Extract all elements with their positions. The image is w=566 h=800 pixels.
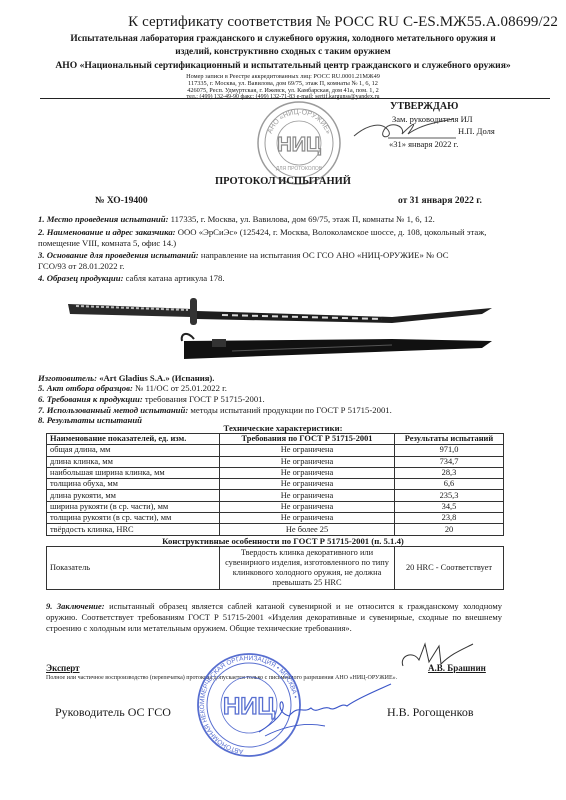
head-label: Руководитель ОС ГСО [55,705,171,720]
table-header-row: Наименование показателей, ед. изм. Требо… [47,434,504,445]
table-cell: толщина обуха, мм [47,479,220,490]
table-cell: Не ограничена [220,490,395,501]
table-cell: 34,5 [395,501,504,512]
svg-text:АНО «НИЦ-ОРУЖИЕ»: АНО «НИЦ-ОРУЖИЕ» [267,109,332,135]
item-customer: 2. Наименование и адрес заказчика: ООО «… [38,227,528,249]
approval-title: УТВЕРЖДАЮ [390,101,458,112]
approval-date: «31» января 2022 г. [389,139,458,149]
item-label: 3. Основание для проведения испытаний: [38,250,199,260]
table-cell: Не ограничена [220,456,395,467]
table-cell: Показатель [47,547,220,590]
expert-name: А.В. Брашнин [428,663,486,673]
conclusion-label: 9. Заключение: [46,601,105,611]
item-basis: 3. Основание для проведения испытаний: н… [38,250,458,272]
table-cell: Не ограничена [220,479,395,490]
item-label: 5. Акт отбора образцов: [38,383,133,393]
sword-photo [62,295,502,375]
lab-name-line2: изделий, конструктивно сходных с таким о… [0,47,566,57]
item-label: 4. Образец продукции: [38,273,123,283]
table-cell: толщина рукояти (в ср. части), мм [47,513,220,524]
column-header: Требования по ГОСТ Р 51715-2001 [220,434,395,445]
item-label: 1. Место проведения испытаний: [38,214,168,224]
table-row: твёрдость клинка, HRCНе более 2520 [47,524,504,535]
table-cell: Твердость клинка декоративного или сувен… [220,547,395,590]
table-cell: ширина рукояти (в ср. части), мм [47,501,220,512]
svg-text:НИЦ: НИЦ [277,134,321,156]
tech-table-caption: Технические характеристики: [0,423,566,433]
lab-name-line1: Испытательная лаборатория гражданского и… [0,34,566,44]
table-cell: длина клинка, мм [47,456,220,467]
protocol-number: № ХО-19400 [95,196,148,206]
protocol-title: ПРОТОКОЛ ИСПЫТАНИЙ [0,176,566,187]
head-name: Н.В. Рогощенков [387,705,474,720]
table-row: Показатель Твердость клинка декоративног… [47,547,504,590]
item-label: 6. Требования к продукции: [38,394,143,404]
conclusion: 9. Заключение: испытанный образец являет… [46,601,502,634]
item-label: Изготовитель: [38,373,97,383]
table-cell: наибольшая ширина клинка, мм [47,467,220,478]
item-test-location: 1. Место проведения испытаний: 117335, г… [38,214,528,225]
org-name: АНО «Национальный сертификационный и исп… [0,60,566,71]
table-cell: 23,8 [395,513,504,524]
table-cell: 971,0 [395,445,504,456]
design-table-caption: Конструктивные особенности по ГОСТ Р 517… [0,536,566,546]
item-label: 2. Наименование и адрес заказчика: [38,227,176,237]
table-cell: 6,6 [395,479,504,490]
item-text: № 11/ОС от 25.01.2022 г. [133,383,227,393]
certificate-reference: К сертификату соответствия № РОСС RU C-E… [128,14,558,31]
expert-label: Эксперт [46,663,80,673]
table-cell: 235,3 [395,490,504,501]
table-cell: 734,7 [395,456,504,467]
conclusion-text: испытанный образец является саблей катан… [46,601,502,633]
table-row: наибольшая ширина клинка, ммНе ограничен… [47,467,504,478]
stamp-icon: НИЦ АНО «НИЦ-ОРУЖИЕ» ДЛЯ ПРОТОКОЛОВ [256,100,342,186]
item-sampling-act: 5. Акт отбора образцов: № 11/ОС от 25.01… [38,383,528,394]
table-cell: Не ограничена [220,467,395,478]
item-sample: 4. Образец продукции: сабля катана артик… [38,273,528,284]
table-cell: общая длина, мм [47,445,220,456]
head-signature-icon [255,682,395,742]
table-cell: длина рукояти, мм [47,490,220,501]
table-cell: 20 [395,524,504,535]
item-label: 7. Использованный метод испытаний: [38,405,188,415]
table-cell: Не более 25 [220,524,395,535]
table-row: длина рукояти, ммНе ограничена235,3 [47,490,504,501]
header-divider [40,98,550,99]
table-cell: 28,3 [395,467,504,478]
table-cell: Не ограничена [220,513,395,524]
table-cell: Не ограничена [220,445,395,456]
table-row: общая длина, ммНе ограничена971,0 [47,445,504,456]
item-text: сабля катана артикула 178. [123,273,224,283]
table-row: толщина обуха, ммНе ограничена6,6 [47,479,504,490]
table-cell: твёрдость клинка, HRC [47,524,220,535]
table-cell: 20 HRC - Соответствует [395,547,504,590]
protocol-date: от 31 января 2022 г. [398,196,482,206]
table-row: ширина рукояти (в ср. части), ммНе огран… [47,501,504,512]
item-text: требования ГОСТ Р 51715-2001. [143,394,265,404]
item-text: 117335, г. Москва, ул. Вавилова, дом 69/… [168,214,434,224]
column-header: Результаты испытаний [395,434,504,445]
column-header: Наименование показателей, ед. изм. [47,434,220,445]
tech-characteristics-table: Наименование показателей, ед. изм. Требо… [46,433,504,536]
item-requirements: 6. Требования к продукции: требования ГО… [38,394,528,405]
approval-name: Н.П. Доля [458,126,495,136]
table-row: толщина рукояти (в ср. части), ммНе огра… [47,513,504,524]
table-cell: Не ограничена [220,501,395,512]
design-features-table: Показатель Твердость клинка декоративног… [46,546,504,590]
item-text: «Art Gladius S.A.» (Испания). [97,373,214,383]
item-text: методы испытаний продукции по ГОСТ Р 517… [188,405,392,415]
svg-text:ДЛЯ ПРОТОКОЛОВ: ДЛЯ ПРОТОКОЛОВ [276,166,323,172]
table-row: длина клинка, ммНе ограничена734,7 [47,456,504,467]
